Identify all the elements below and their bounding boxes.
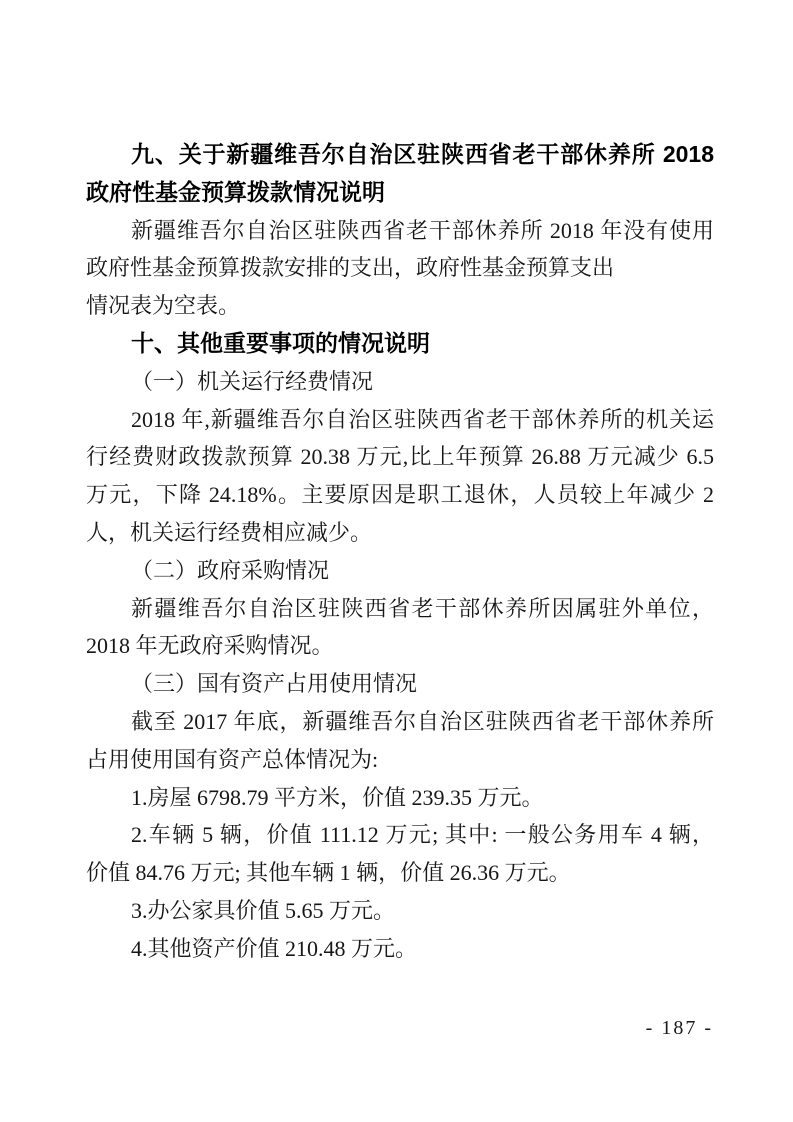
text-line-body: 1.房屋 6798.79 平方米，价值 239.35 万元。 [86,779,714,817]
text-line-subheading: （三）国有资产占用使用情况 [86,665,714,703]
text-line-body: 行经费财政拨款预算 20.38 万元,比上年预算 26.88 万元减少 6.5 [86,438,714,476]
text-line-body: 2018 年无政府采购情况。 [86,627,714,665]
text-line-body: 价值 84.76 万元; 其他车辆 1 辆，价值 26.36 万元。 [86,854,714,892]
text-line-body: 3.办公家具价值 5.65 万元。 [86,892,714,930]
document-page: 九、关于新疆维吾尔自治区驻陕西省老干部休养所 2018 年政府性基金预算拨款情况… [0,0,793,1122]
text-line-body: 2.车辆 5 辆，价值 111.12 万元; 其中: 一般公务用车 4 辆， [86,816,714,854]
text-line-subheading: （一）机关运行经费情况 [86,363,714,401]
text-line-body: 万元，下降 24.18%。主要原因是职工退休，人员较上年减少 2 [86,476,714,514]
text-line-body: 情况表为空表。 [86,287,714,325]
text-line-body: 新疆维吾尔自治区驻陕西省老干部休养所 2018 年没有使用 [86,212,714,250]
text-line-body: 4.其他资产价值 210.48 万元。 [86,930,714,968]
page-number: - 187 - [646,1014,713,1042]
text-line-body: 占用使用国有资产总体情况为: [86,741,714,779]
text-line-body: 2018 年,新疆维吾尔自治区驻陕西省老干部休养所的机关运 [86,401,714,439]
text-line-subheading: （二）政府采购情况 [86,552,714,590]
text-line-heading: 十、其他重要事项的情况说明 [86,325,714,363]
document-body: 九、关于新疆维吾尔自治区驻陕西省老干部休养所 2018 年政府性基金预算拨款情况… [86,136,714,968]
text-line-body: 政府性基金预算拨款安排的支出，政府性基金预算支出 [86,249,714,287]
text-line-body: 人，机关运行经费相应减少。 [86,514,714,552]
text-line-heading: 政府性基金预算拨款情况说明 [86,174,714,212]
text-line-body: 新疆维吾尔自治区驻陕西省老干部休养所因属驻外单位， [86,590,714,628]
text-line-heading: 九、关于新疆维吾尔自治区驻陕西省老干部休养所 2018 年 [86,136,714,174]
text-line-body: 截至 2017 年底，新疆维吾尔自治区驻陕西省老干部休养所 [86,703,714,741]
